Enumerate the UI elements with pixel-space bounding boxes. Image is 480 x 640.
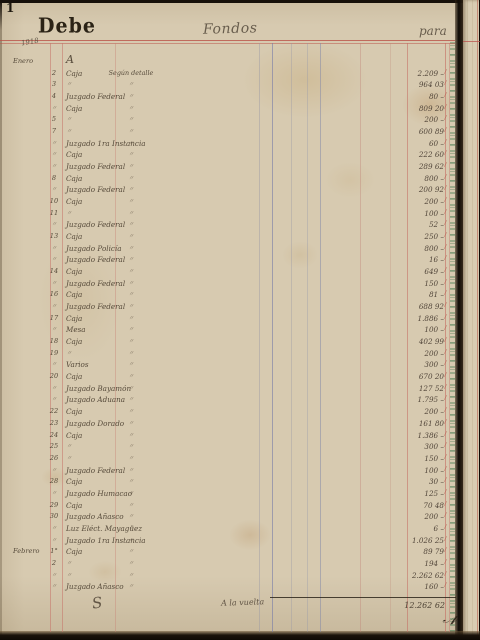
day-cell: 28	[47, 476, 61, 488]
amount-cell: 150 –	[397, 453, 444, 465]
ledger-row: 〃 Juzgado Federal 〃 289 62	[0, 161, 455, 173]
ledger-row: 4 Juzgado Federal 〃 80 –	[0, 91, 455, 103]
amount-cell: 289 62	[397, 161, 444, 173]
ledger-row: 〃 Juzgado Humacao 〃 125 –	[0, 488, 455, 500]
day-cell: 〃	[47, 394, 61, 406]
amount-cell: 200 92	[397, 184, 444, 196]
day-cell: 〃	[47, 535, 61, 547]
ledger-row: 〃 Mesa 〃 100 –	[0, 324, 455, 336]
carry-forward-rule	[270, 597, 456, 598]
day-cell: 〃	[47, 243, 61, 255]
account-name: 〃	[66, 441, 72, 453]
ledger-row: 〃 Juzgado Federal 〃 16 –	[0, 254, 455, 266]
detail-cell: 〃	[108, 149, 154, 161]
amount-cell: 222 60	[397, 149, 444, 161]
detail-cell: 〃	[108, 184, 154, 196]
account-name: Caja	[66, 476, 82, 488]
detail-cell: 〃	[108, 336, 154, 348]
ledger-row: 26 〃 〃 150 –	[0, 453, 455, 465]
day-cell: 30	[47, 511, 61, 523]
amount-cell: 250 –	[397, 231, 444, 243]
ledger-row: 〃 〃 〃 2.262 62	[0, 570, 455, 582]
account-name: Caja	[66, 406, 82, 418]
account-name: Caja	[66, 371, 82, 383]
ledger-row: 22 Caja 〃 200 –	[0, 406, 455, 418]
day-cell: 29	[47, 500, 61, 512]
account-name: Caja	[66, 196, 82, 208]
ledger-row: 24 Caja 〃 1.386 –	[0, 430, 455, 442]
photo-top-edge	[0, 0, 480, 3]
next-page-rule	[477, 0, 478, 640]
account-name: Caja	[66, 546, 82, 558]
detail-cell: 〃	[108, 500, 154, 512]
amount-cell: 89 79	[397, 546, 444, 558]
ledger-row: 〃 Juzgado 1ra Instancia 〃 1.026 25	[0, 535, 455, 547]
detail-cell: 〃	[108, 511, 154, 523]
photo-bottom-edge	[0, 631, 480, 640]
amount-cell: 402 99	[397, 336, 444, 348]
detail-cell: Según detalle	[108, 68, 154, 80]
day-cell: 3	[47, 79, 61, 91]
amount-cell: 100 –	[397, 208, 444, 220]
account-name: 〃	[66, 558, 72, 570]
ledger-row: 10 Caja 〃 200 –	[0, 196, 455, 208]
day-cell: 20	[47, 371, 61, 383]
header-rule-next-page	[463, 41, 480, 42]
day-cell: 18	[47, 336, 61, 348]
amount-cell: 200 –	[397, 114, 444, 126]
day-cell: 〃	[47, 570, 61, 582]
day-cell: 24	[47, 430, 61, 442]
ledger-row: 〃 Juzgado Federal 〃 200 92	[0, 184, 455, 196]
detail-cell: 〃	[108, 219, 154, 231]
detail-cell: 〃	[108, 570, 154, 582]
amount-cell: 1.886 –	[397, 313, 444, 325]
ledger-row: 28 Caja 〃 30 –	[0, 476, 455, 488]
ledger-row: 〃 Juzgado Añasco 〃 160 –	[0, 581, 455, 593]
amount-cell: 161 80	[397, 418, 444, 430]
day-cell: 7	[47, 126, 61, 138]
day-cell: 〃	[47, 488, 61, 500]
detail-cell: 〃	[108, 243, 154, 255]
detail-cell: 〃	[108, 173, 154, 185]
amount-cell: 70 48	[397, 500, 444, 512]
amount-cell: 160 –	[397, 581, 444, 593]
detail-cell: 〃	[108, 208, 154, 220]
account-name: 〃	[66, 126, 72, 138]
detail-cell: 〃	[108, 535, 154, 547]
ledger-row: 〃 Caja 〃 222 60	[0, 149, 455, 161]
detail-cell: 〃	[108, 91, 154, 103]
amount-cell: 81 –	[397, 289, 444, 301]
day-cell: 2	[47, 558, 61, 570]
account-name: Caja	[66, 336, 82, 348]
amount-cell: 100 –	[397, 324, 444, 336]
amount-cell: 60 –	[397, 138, 444, 150]
header-debe-label: Debe	[38, 14, 96, 38]
ledger-row: 20 Caja 〃 670 20	[0, 371, 455, 383]
amount-cell: 194 –	[397, 558, 444, 570]
account-name: Caja	[66, 68, 82, 80]
amount-cell: 127 52	[397, 383, 444, 395]
day-cell: 〃	[47, 138, 61, 150]
account-name: Caja	[66, 231, 82, 243]
page-total: 12.262 62	[388, 601, 445, 610]
day-cell: 8	[47, 173, 61, 185]
account-name: 〃	[66, 208, 72, 220]
day-cell: 14	[47, 266, 61, 278]
day-cell: 〃	[47, 523, 61, 535]
year-annotation: 1918	[20, 37, 39, 48]
amount-cell: 800 –	[397, 173, 444, 185]
day-cell: 〃	[47, 383, 61, 395]
detail-cell: 〃	[108, 289, 154, 301]
day-cell: 〃	[47, 359, 61, 371]
day-cell: 〃	[47, 324, 61, 336]
ledger-row: 25 〃 〃 300 –	[0, 441, 455, 453]
ledger-row: 18 Caja 〃 402 99	[0, 336, 455, 348]
day-cell: 〃	[47, 254, 61, 266]
ledger-row: 29 Caja 〃 70 48	[0, 500, 455, 512]
day-cell: 〃	[47, 278, 61, 290]
account-name: A	[66, 54, 74, 66]
detail-cell: 〃	[108, 453, 154, 465]
ledger-row: 23 Juzgado Dorado 〃 161 80	[0, 418, 455, 430]
day-cell: 〃	[47, 465, 61, 477]
account-name: Caja	[66, 266, 82, 278]
detail-cell: 〃	[108, 126, 154, 138]
amount-cell: 1.386 –	[397, 430, 444, 442]
amount-cell: 200 –	[397, 196, 444, 208]
ledger-row: 5 〃 〃 200 –	[0, 114, 455, 126]
account-name: 〃	[66, 570, 72, 582]
account-name: Caja	[66, 500, 82, 512]
detail-cell: 〃	[108, 406, 154, 418]
ledger-row: 3 〃 〃 964 03	[0, 79, 455, 91]
detail-cell: 〃	[108, 231, 154, 243]
account-name: Caja	[66, 149, 82, 161]
ledger-row: 〃 Varios 〃 300 –	[0, 359, 455, 371]
ledger-row: 2 Caja Según detalle 2.209 –	[0, 68, 455, 80]
day-cell: 〃	[47, 103, 61, 115]
day-cell: 〃	[47, 581, 61, 593]
ledger-row: 13 Caja 〃 250 –	[0, 231, 455, 243]
amount-cell: 16 –	[397, 254, 444, 266]
day-cell: 10	[47, 196, 61, 208]
ledger-row: 14 Caja 〃 649 –	[0, 266, 455, 278]
day-cell: 2	[47, 68, 61, 80]
amount-cell: 649 –	[397, 266, 444, 278]
ledger-row: 〃 Juzgado Policía 〃 800 –	[0, 243, 455, 255]
day-cell: 16	[47, 289, 61, 301]
detail-cell: 〃	[108, 558, 154, 570]
amount-cell: 2.262 62	[397, 570, 444, 582]
ledger-row: 30 Juzgado Añasco 〃 200 –	[0, 511, 455, 523]
account-name: Mesa	[66, 324, 86, 336]
detail-cell: 〃	[108, 465, 154, 477]
detail-cell: 〃	[108, 371, 154, 383]
day-cell: 〃	[47, 161, 61, 173]
ledger-row: 8 Caja 〃 800 –	[0, 173, 455, 185]
account-name: 〃	[66, 114, 72, 126]
amount-cell: 125 –	[397, 488, 444, 500]
amount-cell: 80 –	[397, 91, 444, 103]
amount-cell: 1.795 –	[397, 394, 444, 406]
header-rule-top	[0, 40, 455, 41]
ledger-row: 〃 Luz Eléct. Mayagüez 〃 6 –	[0, 523, 455, 535]
day-cell: 〃	[47, 301, 61, 313]
account-name: Caja	[66, 430, 82, 442]
account-name: Varios	[66, 359, 89, 371]
detail-cell: 〃	[108, 394, 154, 406]
day-cell: 25	[47, 441, 61, 453]
detail-cell: 〃	[108, 523, 154, 535]
ledger-row: 〃 Juzgado 1ra Instancia 〃 60 –	[0, 138, 455, 150]
amount-cell: 150 –	[397, 278, 444, 290]
ledger-row: 〃 Juzgado Federal 〃 52 –	[0, 219, 455, 231]
ledger-page: 1 Debe Fondos para 1918 Enero A 2 Caja S…	[0, 0, 480, 640]
detail-cell: 〃	[108, 324, 154, 336]
detail-cell: 〃	[108, 278, 154, 290]
amount-cell: 670 20	[397, 371, 444, 383]
day-cell: 〃	[47, 149, 61, 161]
amount-cell: 30 –	[397, 476, 444, 488]
day-cell: 5	[47, 114, 61, 126]
detail-cell: 〃	[108, 418, 154, 430]
day-cell: 4	[47, 91, 61, 103]
day-cell: 11	[47, 208, 61, 220]
amount-cell: 6 –	[397, 523, 444, 535]
day-cell: 17	[47, 313, 61, 325]
day-cell: 13	[47, 231, 61, 243]
detail-cell: 〃	[108, 383, 154, 395]
account-name: Caja	[66, 289, 82, 301]
amount-cell: 300 –	[397, 359, 444, 371]
ledger-row: 〃 Juzgado Federal 〃 688 92	[0, 301, 455, 313]
amount-cell: 809 20	[397, 103, 444, 115]
header-rule-bottom	[0, 43, 455, 44]
ledger-row: 〃 Juzgado Aduana 〃 1.795 –	[0, 394, 455, 406]
book-gutter-shadow	[455, 0, 463, 640]
ledger-row: 17 Caja 〃 1.886 –	[0, 313, 455, 325]
detail-cell: 〃	[108, 581, 154, 593]
header-para-label: para	[419, 24, 447, 38]
ledger-rows: Enero A 2 Caja Según detalle 2.209 – 3 〃…	[0, 56, 455, 593]
day-cell: 26	[47, 453, 61, 465]
ledger-row: 7 〃 〃 600 89	[0, 126, 455, 138]
detail-cell: 〃	[108, 161, 154, 173]
detail-cell: 〃	[108, 196, 154, 208]
day-cell: 22	[47, 406, 61, 418]
detail-cell: 〃	[108, 301, 154, 313]
amount-cell: 2.209 –	[397, 68, 444, 80]
amount-cell: 688 92	[397, 301, 444, 313]
account-name: 〃	[66, 79, 72, 91]
detail-cell: 〃	[108, 313, 154, 325]
header-fondos-label: Fondos	[203, 20, 258, 37]
detail-cell: 〃	[108, 114, 154, 126]
account-name: 〃	[66, 348, 72, 360]
month-label: Enero	[13, 56, 47, 68]
detail-cell: 〃	[108, 266, 154, 278]
detail-cell: 〃	[108, 359, 154, 371]
detail-cell: 〃	[108, 430, 154, 442]
detail-cell: 〃	[108, 103, 154, 115]
ledger-row: 19 〃 〃 200 –	[0, 348, 455, 360]
ledger-row: 〃 Juzgado Federal 〃 100 –	[0, 465, 455, 477]
amount-cell: 964 03	[397, 79, 444, 91]
account-name: 〃	[66, 453, 72, 465]
day-cell: 19	[47, 348, 61, 360]
day-cell: 〃	[47, 184, 61, 196]
amount-cell: 200 –	[397, 406, 444, 418]
ledger-row: 〃 Juzgado Bayamón 〃 127 52	[0, 383, 455, 395]
amount-cell: 100 –	[397, 465, 444, 477]
ledger-row: 11 〃 〃 100 –	[0, 208, 455, 220]
amount-cell: 1.026 25	[397, 535, 444, 547]
day-cell: 1°	[47, 546, 61, 558]
carry-forward-label: A la vuelta	[221, 597, 264, 608]
ledger-row: 16 Caja 〃 81 –	[0, 289, 455, 301]
ledger-row: 〃 Juzgado Federal 〃 150 –	[0, 278, 455, 290]
account-name: Caja	[66, 103, 82, 115]
ledger-row: Febrero 1° Caja 〃 89 79	[0, 546, 455, 558]
month-label: Febrero	[13, 546, 47, 558]
account-name: Caja	[66, 173, 82, 185]
amount-cell: 200 –	[397, 348, 444, 360]
ledger-row: Enero A	[0, 56, 455, 68]
amount-cell: 800 –	[397, 243, 444, 255]
day-cell: 〃	[47, 219, 61, 231]
detail-cell: 〃	[108, 441, 154, 453]
amount-cell: 52 –	[397, 219, 444, 231]
account-name: Caja	[66, 313, 82, 325]
ledger-row: 〃 Caja 〃 809 20	[0, 103, 455, 115]
detail-cell: 〃	[108, 476, 154, 488]
ink-flourish: S	[91, 593, 104, 612]
detail-cell: 〃	[108, 488, 154, 500]
amount-cell: 600 89	[397, 126, 444, 138]
detail-cell: 〃	[108, 79, 154, 91]
day-cell: 23	[47, 418, 61, 430]
amount-cell: 300 –	[397, 441, 444, 453]
page-number: 1	[6, 1, 14, 15]
detail-cell: 〃	[108, 546, 154, 558]
amount-cell: 200 –	[397, 511, 444, 523]
ledger-row: 2 〃 〃 194 –	[0, 558, 455, 570]
detail-cell: 〃	[108, 254, 154, 266]
detail-cell: 〃	[108, 138, 154, 150]
detail-cell: 〃	[108, 348, 154, 360]
